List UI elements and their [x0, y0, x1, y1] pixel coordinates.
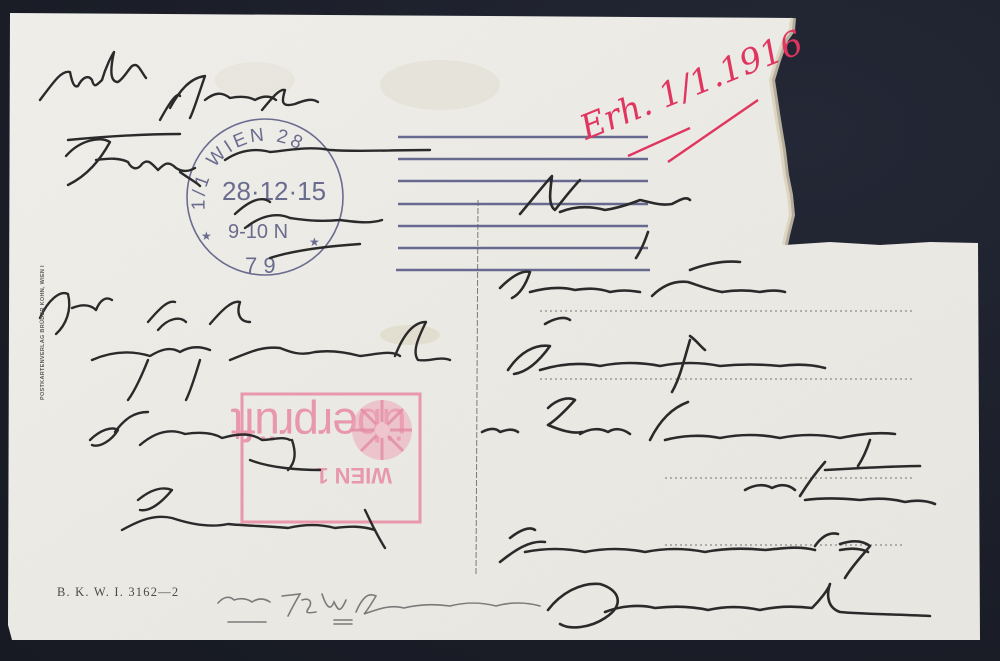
- publisher-imprint: POSTKARTENVERLAG BRÜDER KOHN, WIEN I: [40, 265, 46, 400]
- svg-text:WIEN 1: WIEN 1: [316, 463, 392, 488]
- postmark-date: 28·12·15: [222, 176, 326, 206]
- series-number: B. K. W. I. 3162—2: [57, 585, 179, 600]
- svg-text:★: ★: [201, 229, 212, 243]
- postcard-paper: 1/1 WIEN 28 28·12·15 9-10 N 7 9 ★ ★ WIEN…: [0, 0, 1000, 661]
- postcard: 1/1 WIEN 28 28·12·15 9-10 N 7 9 ★ ★ WIEN…: [0, 0, 1000, 661]
